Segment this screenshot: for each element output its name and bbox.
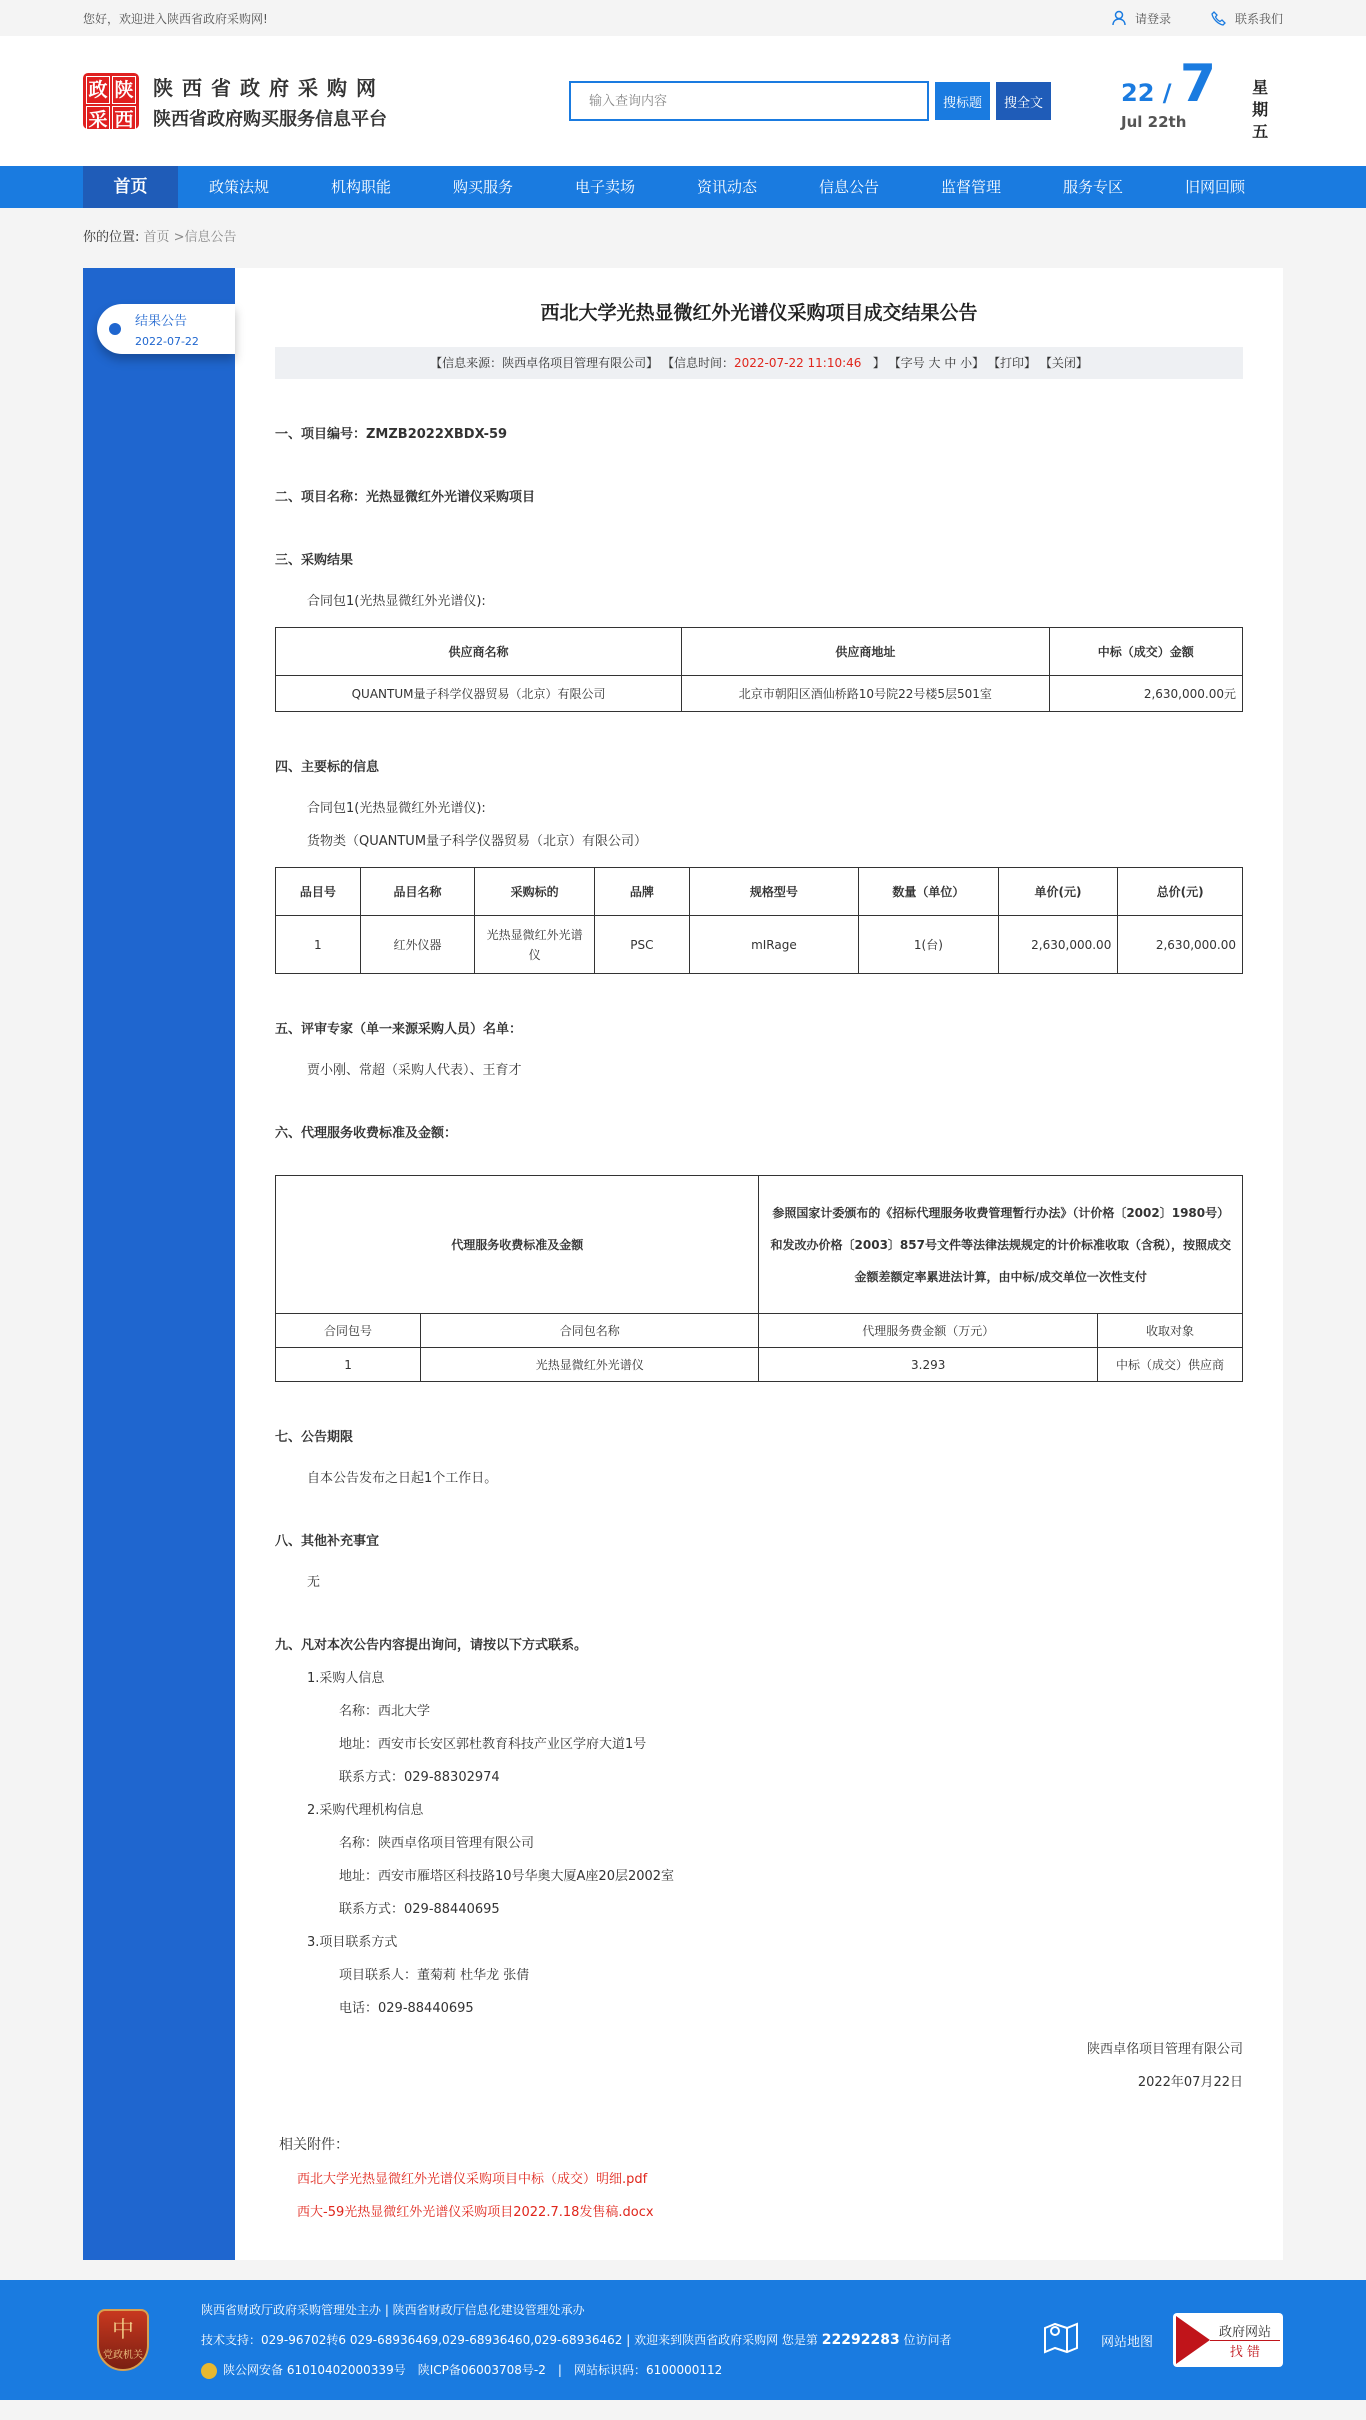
header: 政 陕 采 西 陕西省政府采购网 陕西省政府购买服务信息平台 搜标题 搜全文 2… — [0, 36, 1366, 166]
table-header: 数量（单位） — [859, 868, 999, 916]
section-project-number: 一、项目编号：ZMZB2022XBDX-59 — [275, 423, 1243, 442]
signature-company: 陕西卓佲项目管理有限公司 — [275, 2038, 1243, 2057]
table-row: 1红外仪器光热显微红外光谱仪PSCmIRage1(台)2,630,000.002… — [276, 916, 1243, 974]
table-cell: QUANTUM量子科学仪器贸易（北京）有限公司 — [276, 676, 682, 712]
contact-line: 项目联系人：董菊莉 杜华龙 张倩 — [275, 1964, 1243, 1983]
phone-icon — [1211, 10, 1227, 26]
nav-item-0[interactable]: 首页 — [83, 166, 178, 208]
page-title: 西北大学光热显微红外光谱仪采购项目成交结果公告 — [275, 298, 1243, 325]
search-bar: 搜标题 搜全文 — [569, 81, 1051, 121]
nav-item-2[interactable]: 机构职能 — [300, 166, 422, 208]
site-subtitle: 陕西省政府购买服务信息平台 — [153, 105, 387, 131]
meta-time: 2022-07-22 11:10:46 — [734, 356, 861, 370]
sidebar: 结果公告 2022-07-22 — [83, 268, 235, 2260]
signature-date: 2022年07月22日 — [275, 2071, 1243, 2090]
contact-line: 名称：西北大学 — [275, 1700, 1243, 1719]
magnifier-icon — [1176, 2316, 1210, 2364]
table-header: 供应商名称 — [276, 628, 682, 676]
welcome-text: 您好，欢迎进入陕西省政府采购网! — [83, 10, 268, 27]
nav-item-4[interactable]: 电子卖场 — [544, 166, 666, 208]
section-fee: 六、代理服务收费标准及金额： — [275, 1122, 1243, 1141]
section-project-name: 二、项目名称：光热显微红外光谱仪采购项目 — [275, 486, 1243, 505]
item-table: 品目号品目名称采购标的品牌规格型号数量（单位）单价(元)总价(元) 1红外仪器光… — [275, 867, 1243, 974]
table-header: 供应商地址 — [682, 628, 1049, 676]
breadcrumb: 你的位置: 首页 >信息公告 — [83, 208, 1283, 268]
site-logo[interactable]: 政 陕 采 西 陕西省政府采购网 陕西省政府购买服务信息平台 — [83, 72, 387, 131]
contact-heading: 3.项目联系方式 — [275, 1931, 1243, 1950]
sitemap-icon[interactable] — [1041, 2318, 1081, 2362]
table-cell: 2,630,000.00 — [1118, 916, 1243, 974]
table-cell: 2,630,000.00元 — [1049, 676, 1242, 712]
date-english: Jul 22th — [1121, 113, 1216, 131]
find-error-button[interactable]: 政府网站 找 错 — [1173, 2313, 1283, 2367]
table-cell: PSC — [594, 916, 689, 974]
table-header: 品牌 — [594, 868, 689, 916]
meta-source: 【信息来源：陕西卓佲项目管理有限公司】 — [430, 356, 658, 370]
footer-support: 技术支持：029-96702转6 029-68936469,029-689364… — [201, 2325, 952, 2355]
party-gov-badge-icon[interactable]: 中 党政机关 — [97, 2309, 149, 2371]
contact-info: 1.采购人信息名称：西北大学地址：西安市长安区郭杜教育科技产业区学府大道1号联系… — [275, 1667, 1243, 2016]
table-cell: 光热显微红外光谱仪 — [421, 1348, 759, 1382]
attachment-link-docx[interactable]: 西大-59光热显微红外光谱仪采购项目2022.7.18发售稿.docx — [279, 2201, 1243, 2220]
main-panel: 结果公告 2022-07-22 西北大学光热显微红外光谱仪采购项目成交结果公告 … — [83, 268, 1283, 2260]
section-items: 四、主要标的信息 — [275, 756, 1243, 775]
search-input[interactable] — [569, 81, 929, 121]
visitor-count: 22292283 — [822, 2332, 900, 2348]
sidebar-item-date: 2022-07-22 — [135, 335, 199, 348]
user-icon — [1111, 10, 1127, 26]
main-nav: 首页政策法规机构职能购买服务电子卖场资讯动态信息公告监督管理服务专区旧网回顾 — [0, 166, 1366, 208]
table-cell: 北京市朝阳区酒仙桥路10号院22号楼5层501室 — [682, 676, 1049, 712]
table-header: 总价(元) — [1118, 868, 1243, 916]
nav-item-8[interactable]: 服务专区 — [1032, 166, 1154, 208]
table-header: 品目名称 — [360, 868, 475, 916]
breadcrumb-path[interactable]: 首页 >信息公告 — [144, 230, 237, 245]
table-cell: 红外仪器 — [360, 916, 475, 974]
login-label[interactable]: 请登录 — [1135, 10, 1171, 27]
contact-line: 名称：陕西卓佲项目管理有限公司 — [275, 1832, 1243, 1851]
result-table: 供应商名称供应商地址中标（成交）金额 QUANTUM量子科学仪器贸易（北京）有限… — [275, 627, 1243, 712]
date-display: 22 / 7 Jul 22th 星期五 — [1121, 59, 1268, 143]
close-button[interactable]: 【关闭】 — [1040, 356, 1088, 370]
table-cell: 1 — [276, 916, 361, 974]
table-header: 合同包号 — [276, 1314, 421, 1348]
contact-line: 电话：029-88440695 — [275, 1997, 1243, 2016]
table-cell: mIRage — [689, 916, 858, 974]
nav-item-3[interactable]: 购买服务 — [422, 166, 544, 208]
footer: 中 党政机关 陕西省财政厅政府采购管理处主办 | 陕西省财政厅信息化建设管理处承… — [0, 2280, 1366, 2400]
section-other: 八、其他补充事宜 — [275, 1530, 1243, 1549]
table-cell: 1 — [276, 1348, 421, 1382]
police-badge-icon — [201, 2363, 217, 2379]
contact-label[interactable]: 联系我们 — [1235, 10, 1283, 27]
section-experts: 五、评审专家（单一来源采购人员）名单： — [275, 1018, 1243, 1037]
table-cell: 3.293 — [759, 1348, 1097, 1382]
font-size-control[interactable]: 【字号 大 中 小】 — [889, 356, 984, 370]
date-year: 22 — [1121, 79, 1154, 107]
sidebar-item-result-notice[interactable]: 结果公告 2022-07-22 — [97, 304, 235, 354]
attachments-label: 相关附件： — [279, 2134, 1243, 2154]
article-meta: 【信息来源：陕西卓佲项目管理有限公司】 【信息时间：2022-07-22 11:… — [275, 347, 1243, 379]
nav-item-6[interactable]: 信息公告 — [788, 166, 910, 208]
bullet-dot-icon — [109, 323, 121, 335]
article: 西北大学光热显微红外光谱仪采购项目成交结果公告 【信息来源：陕西卓佲项目管理有限… — [235, 268, 1283, 2260]
section-contact: 九、凡对本次公告内容提出询问，请按以下方式联系。 — [275, 1634, 1243, 1653]
print-button[interactable]: 【打印】 — [988, 356, 1036, 370]
contact-line: 地址：西安市长安区郭杜教育科技产业区学府大道1号 — [275, 1733, 1243, 1752]
table-header: 规格型号 — [689, 868, 858, 916]
contact-heading: 2.采购代理机构信息 — [275, 1799, 1243, 1818]
table-row: QUANTUM量子科学仪器贸易（北京）有限公司北京市朝阳区酒仙桥路10号院22号… — [276, 676, 1243, 712]
logo-mark: 政 陕 采 西 — [83, 73, 139, 129]
table-row: 1光热显微红外光谱仪3.293中标（成交）供应商 — [276, 1348, 1243, 1382]
contact-line: 联系方式：029-88440695 — [275, 1898, 1243, 1917]
section-period: 七、公告期限 — [275, 1426, 1243, 1445]
nav-item-1[interactable]: 政策法规 — [178, 166, 300, 208]
contact-line: 联系方式：029-88302974 — [275, 1766, 1243, 1785]
sitemap-link[interactable]: 网站地图 — [1101, 2331, 1153, 2350]
table-header: 品目号 — [276, 868, 361, 916]
table-header: 单价(元) — [998, 868, 1118, 916]
contact-heading: 1.采购人信息 — [275, 1667, 1243, 1686]
footer-organizer: 陕西省财政厅政府采购管理处主办 | 陕西省财政厅信息化建设管理处承办 — [201, 2295, 952, 2325]
table-cell: 中标（成交）供应商 — [1097, 1348, 1242, 1382]
table-header: 合同包名称 — [421, 1314, 759, 1348]
table-header: 采购标的 — [475, 868, 595, 916]
nav-item-9[interactable]: 旧网回顾 — [1154, 166, 1276, 208]
table-cell: 2,630,000.00 — [998, 916, 1118, 974]
table-cell: 光热显微红外光谱仪 — [475, 916, 595, 974]
fee-table: 代理服务收费标准及金额 参照国家计委颁布的《招标代理服务收费管理暂行办法》（计价… — [275, 1175, 1243, 1382]
attachments: 相关附件： 西北大学光热显微红外光谱仪采购项目中标（成交）明细.pdf 西大-5… — [275, 2134, 1243, 2220]
contact-link[interactable]: 联系我们 — [1211, 10, 1283, 27]
table-cell: 1(台) — [859, 916, 999, 974]
footer-icp: 陕公网安备 61010402000339号 陕ICP备06003708号-2 |… — [201, 2355, 952, 2385]
section-result: 三、采购结果 — [275, 549, 1243, 568]
attachment-link-pdf[interactable]: 西北大学光热显微红外光谱仪采购项目中标（成交）明细.pdf — [279, 2168, 1243, 2187]
breadcrumb-label: 你的位置: — [83, 230, 139, 245]
contact-line: 地址：西安市雁塔区科技路10号华奥大厦A座20层2002室 — [275, 1865, 1243, 1884]
site-name: 陕西省政府采购网 — [153, 72, 387, 101]
login-link[interactable]: 请登录 — [1111, 10, 1171, 27]
search-fulltext-button[interactable]: 搜全文 — [996, 82, 1051, 120]
nav-item-5[interactable]: 资讯动态 — [666, 166, 788, 208]
nav-item-7[interactable]: 监督管理 — [910, 166, 1032, 208]
search-title-button[interactable]: 搜标题 — [935, 82, 990, 120]
top-bar: 您好，欢迎进入陕西省政府采购网! 请登录 联系我们 — [0, 0, 1366, 36]
date-month: 7 — [1180, 54, 1216, 114]
sidebar-item-title: 结果公告 — [135, 310, 199, 329]
table-header: 代理服务费金额（万元） — [759, 1314, 1097, 1348]
weekday: 星期五 — [1252, 77, 1268, 143]
table-header: 中标（成交）金额 — [1049, 628, 1242, 676]
table-header: 收取对象 — [1097, 1314, 1242, 1348]
